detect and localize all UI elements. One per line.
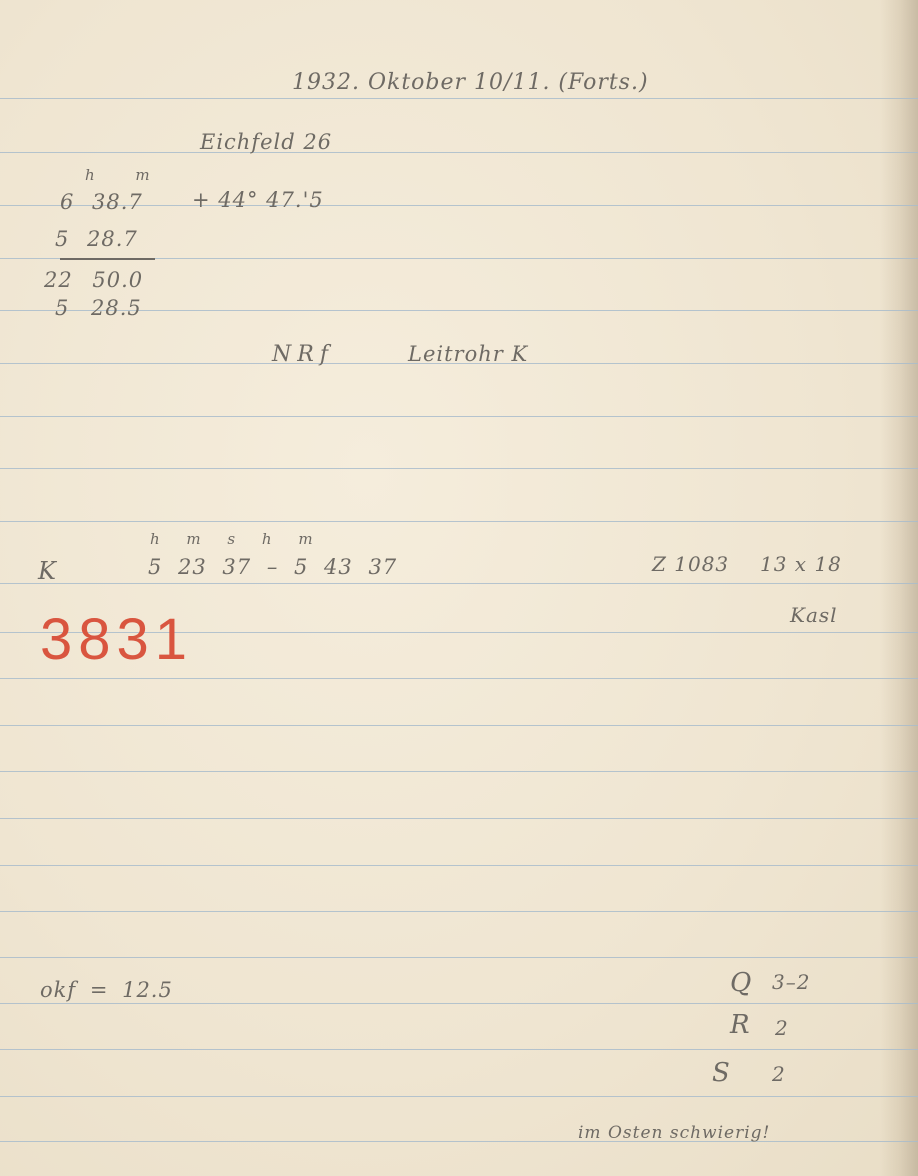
notebook-page: 1932. Oktober 10/11. (Forts.) Eichfeld 2…	[0, 0, 918, 1176]
plate-number-red: 3831	[40, 606, 193, 673]
rating-symbol-q: Q	[730, 968, 752, 998]
rating-value-s: 2	[772, 1062, 786, 1086]
calc-row-4: 5 28.5	[55, 296, 142, 320]
ruled-line	[0, 678, 918, 679]
ruled-line	[0, 771, 918, 772]
ruled-line	[0, 818, 918, 819]
exposure-code: K	[38, 557, 57, 585]
plate-size: 13 x 18	[760, 552, 842, 576]
calc-row-3: 22 50.0	[44, 268, 143, 292]
ruled-line	[0, 1049, 918, 1050]
ruled-line	[0, 583, 918, 584]
observer-name: Kasl	[790, 603, 838, 627]
remark-note: im Osten schwierig!	[578, 1123, 770, 1143]
ruled-line	[0, 725, 918, 726]
ruled-line	[0, 468, 918, 469]
plate-id: Z 1083	[652, 552, 729, 576]
ruled-line	[0, 1096, 918, 1097]
ruled-line	[0, 416, 918, 417]
rating-symbol-s: S	[712, 1058, 731, 1088]
ruled-line	[0, 521, 918, 522]
ruled-line	[0, 98, 918, 99]
okf-note: okf = 12.5	[40, 978, 173, 1002]
ruled-line	[0, 957, 918, 958]
ruled-line	[0, 911, 918, 912]
ruled-line	[0, 1141, 918, 1142]
field-title: Eichfeld 26	[200, 130, 332, 154]
sum-underline	[60, 258, 155, 260]
units-label: h m	[85, 166, 168, 184]
time-units: h m s h m	[150, 530, 313, 548]
ra-value: 6 38.7	[60, 190, 143, 214]
exposure-time-range: 5 23 37 – 5 43 37	[148, 555, 397, 579]
rating-symbol-r: R	[730, 1010, 751, 1040]
calc-row-2: 5 28.7	[55, 227, 138, 251]
rating-value-q: 3–2	[772, 970, 810, 994]
ruled-line	[0, 152, 918, 153]
nrf-label: NRf	[272, 342, 334, 367]
dec-value: + 44° 47.'5	[192, 188, 324, 212]
rating-value-r: 2	[775, 1016, 789, 1040]
date-heading: 1932. Oktober 10/11. (Forts.)	[292, 70, 649, 95]
ruled-line	[0, 1003, 918, 1004]
ruled-line	[0, 865, 918, 866]
instrument-label: Leitrohr K	[408, 342, 528, 366]
